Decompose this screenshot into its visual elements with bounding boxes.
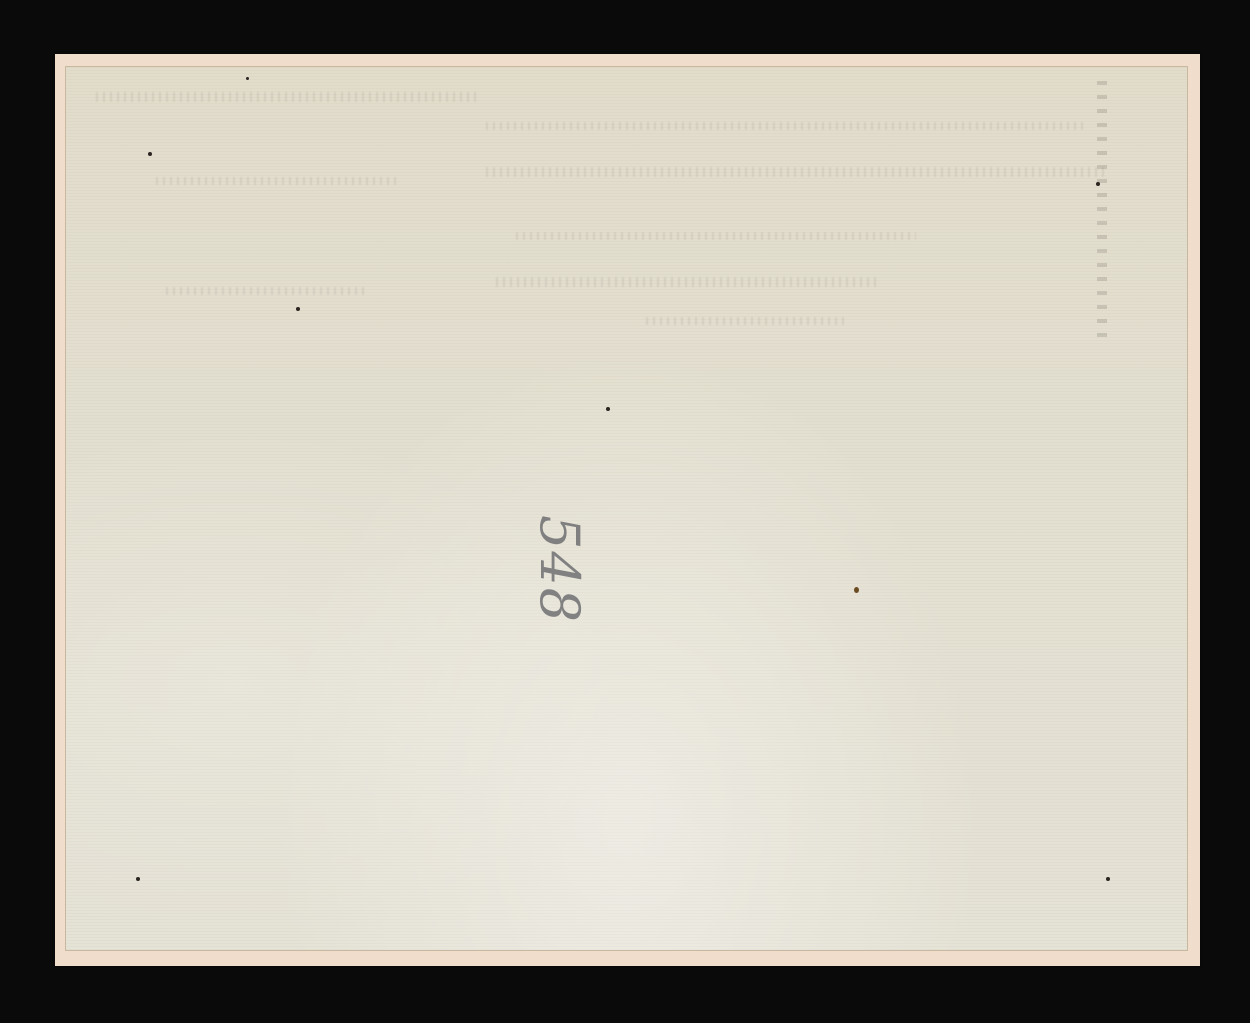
show-through-text bbox=[156, 177, 396, 185]
paper-speck bbox=[296, 307, 300, 311]
show-through-text bbox=[486, 167, 1106, 177]
paper-speck bbox=[606, 407, 610, 411]
paper-speck bbox=[148, 152, 152, 156]
pencil-inventory-number: 548 bbox=[528, 515, 591, 624]
show-through-text bbox=[496, 277, 876, 287]
show-through-text bbox=[96, 92, 476, 102]
paper-speck bbox=[246, 77, 249, 80]
show-through-vertical-text bbox=[1097, 77, 1107, 337]
show-through-text bbox=[166, 287, 366, 295]
paper-speck bbox=[1096, 182, 1100, 186]
show-through-text bbox=[486, 122, 1086, 130]
paper-inner-area bbox=[65, 66, 1188, 951]
paper-speck bbox=[136, 877, 140, 881]
show-through-text bbox=[646, 317, 846, 325]
paper-sheet bbox=[55, 54, 1200, 966]
paper-speck bbox=[1106, 877, 1110, 881]
show-through-text bbox=[516, 232, 916, 240]
paper-stain bbox=[854, 587, 859, 593]
